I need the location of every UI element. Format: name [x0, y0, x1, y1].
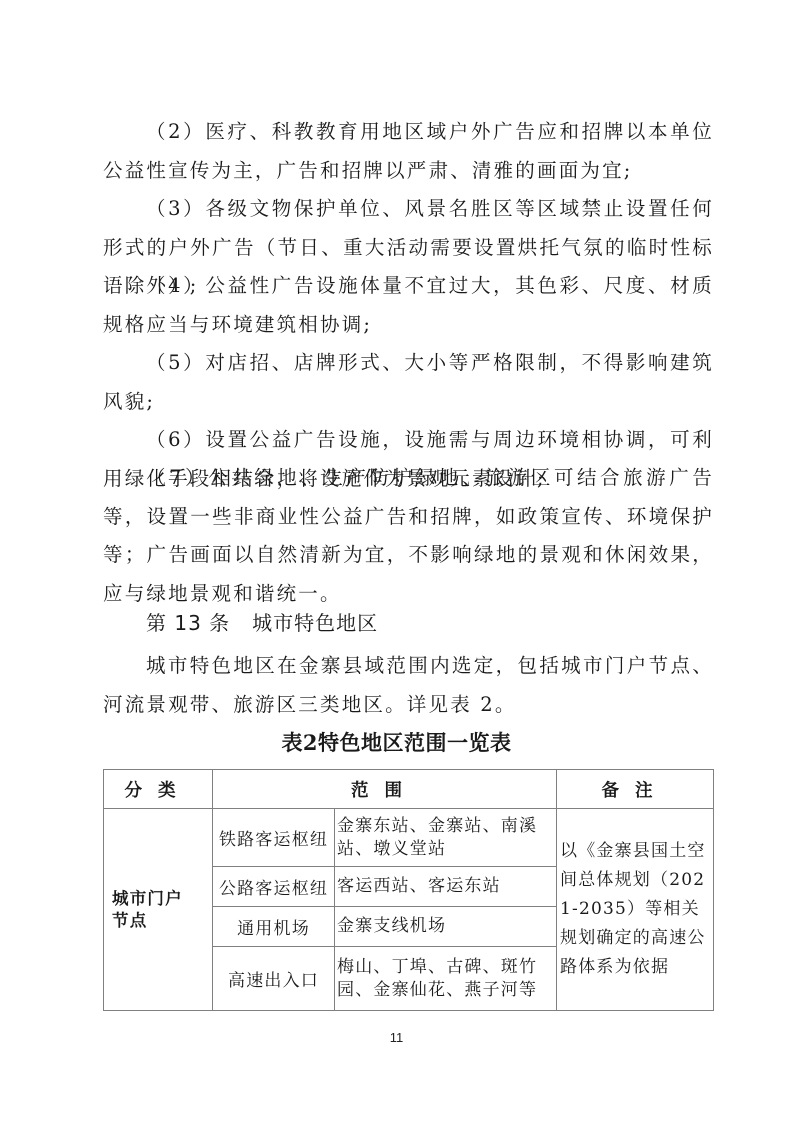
section-number: 第 13 条 — [146, 611, 230, 635]
type-cell: 通用机场 — [213, 907, 335, 947]
table-title: 表2特色地区范围一览表 — [0, 727, 793, 757]
section-intro: 城市特色地区在金寨县域范围内选定，包括城市门户节点、河流景观带、旅游区三类地区。… — [103, 647, 714, 724]
scope-cell: 金寨东站、金寨站、南溪站、墩义堂站 — [335, 809, 557, 867]
header-category: 分类 — [104, 770, 213, 809]
type-cell: 高速出入口 — [213, 947, 335, 1011]
category-line-1: 城市门户 — [112, 888, 212, 910]
scope-cell: 客运西站、客运东站 — [335, 867, 557, 907]
paragraph-item-2: （2）医疗、科教教育用地区域户外广告应和招牌以本单位公益性宣传为主，广告和招牌以… — [103, 113, 714, 190]
header-note: 备注 — [557, 770, 714, 809]
table-row: 城市门户 节点 铁路客运枢纽 金寨东站、金寨站、南溪站、墩义堂站 以《金寨县国土… — [104, 809, 714, 867]
paragraph-item-4: （4）公益性广告设施体量不宜过大，其色彩、尺度、材质规格应当与环境建筑相协调; — [103, 267, 714, 344]
type-cell: 公路客运枢纽 — [213, 867, 335, 907]
paragraph-item-5: （5）对店招、店牌形式、大小等严格限制，不得影响建筑风貌; — [103, 344, 714, 421]
paragraph-item-7: （7）公共绿地、生产防护绿地、旅游区可结合旅游广告等，设置一些非商业性公益广告和… — [103, 459, 714, 613]
note-cell: 以《金寨县国土空间总体规划（2021-2035）等相关规划确定的高速公路体系为依… — [557, 809, 714, 1011]
category-cell: 城市门户 节点 — [104, 809, 213, 1011]
page-number: 11 — [0, 1030, 793, 1045]
table-header-row: 分类 范围 备注 — [104, 770, 714, 809]
scope-cell: 梅山、丁埠、古碑、斑竹园、金寨仙花、燕子河等 — [335, 947, 557, 1011]
category-line-2: 节点 — [112, 910, 212, 932]
section-title: 城市特色地区 — [252, 611, 378, 635]
header-scope: 范围 — [213, 770, 557, 809]
section-heading: 第 13 条城市特色地区 — [146, 607, 378, 636]
scope-cell: 金寨支线机场 — [335, 907, 557, 947]
type-cell: 铁路客运枢纽 — [213, 809, 335, 867]
feature-area-table: 分类 范围 备注 城市门户 节点 铁路客运枢纽 金寨东站、金寨站、南溪站、墩义堂… — [103, 769, 714, 1011]
